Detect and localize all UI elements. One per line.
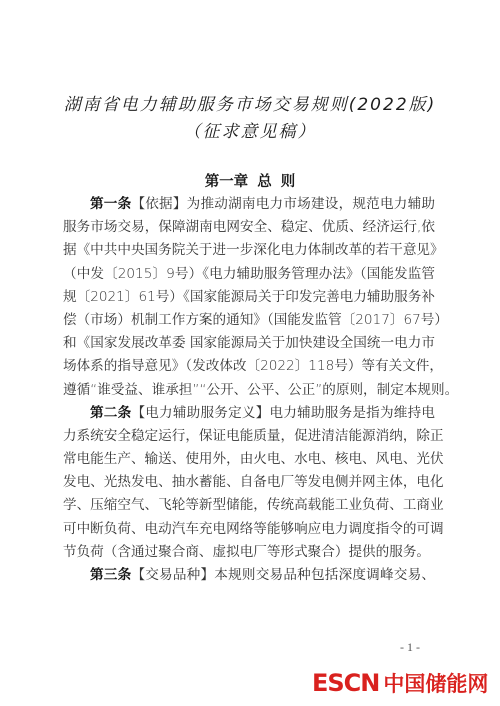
document-body: 第一条【依据】为推动湖南电力市场建设，规范电力辅助 服务市场交易，保障湖南电网安… (63, 193, 435, 587)
article-1-line-1: 第一条【依据】为推动湖南电力市场建设，规范电力辅助 (63, 193, 435, 216)
article-2-line-2: 力系统安全稳定运行，保证电能质量，促进清洁能源消纳，除正 (63, 425, 435, 448)
article-3-label: 第三条 (90, 567, 131, 583)
article-1-label: 第一条 (90, 196, 131, 212)
article-2-line-3: 常电能生产、输送、使用外，由火电、水电、核电、风电、光伏 (63, 448, 435, 471)
document-title-line-2: （征求意见稿） (0, 117, 500, 142)
article-2-line-4: 发电、光热发电、抽水蓄能、自备电厂等发电侧并网主体，电化 (63, 471, 435, 494)
document-title-line-1: 湖南省电力辅助服务市场交易规则(2022版) (0, 90, 500, 115)
article-1-line-5: 规〔2021〕61号）《国家能源局关于印发完善电力辅助服务补 (63, 286, 435, 309)
article-1-line-3: 据《中共中央国务院关于进一步深化电力体制改革的若干意见》 (63, 239, 435, 262)
article-2-line-5: 学、压缩空气、飞轮等新型储能，传统高载能工业负荷、工商业 (63, 494, 435, 517)
article-1-line-9: 遵循“谁受益、谁承担”“公开、公平、公正”的原则，制定本规则。 (63, 379, 435, 402)
article-2-line-6: 可中断负荷、电动汽车充电网络等能够响应电力调度指令的可调 (63, 518, 435, 541)
page-number: - 1 - (400, 640, 420, 655)
logo-latin-text: ESCN (312, 669, 379, 697)
chapter-heading: 第一章 总 则 (0, 170, 500, 191)
article-1-line-6: 偿（市场）机制工作方案的通知》（国能发监管〔2017〕67号） (63, 309, 435, 332)
article-2-line-7: 节负荷（含通过聚合商、虚拟电厂等形式聚合）提供的服务。 (63, 541, 435, 564)
article-2-line-1: 第二条【电力辅助服务定义】电力辅助服务是指为维持电 (63, 402, 435, 425)
article-1-line-8: 场体系的指导意见》（发改体改〔2022〕118号）等有关文件， (63, 355, 435, 378)
escn-watermark-logo: ESCN 中国储能网 (312, 668, 488, 698)
article-1-line-4: （中发〔2015〕9号）《电力辅助服务管理办法》（国能发监管 (63, 263, 435, 286)
article-3-line-1: 第三条【交易品种】本规则交易品种包括深度调峰交易、 (63, 564, 435, 587)
article-1-line-7: 和《国家发展改革委 国家能源局关于加快建设全国统一电力市 (63, 332, 435, 355)
logo-chinese-text: 中国储能网 (383, 668, 488, 698)
article-1-line-2: 服务市场交易，保障湖南电网安全、稳定、优质、经济运行,依 (63, 216, 435, 239)
article-2-label: 第二条 (90, 405, 131, 421)
